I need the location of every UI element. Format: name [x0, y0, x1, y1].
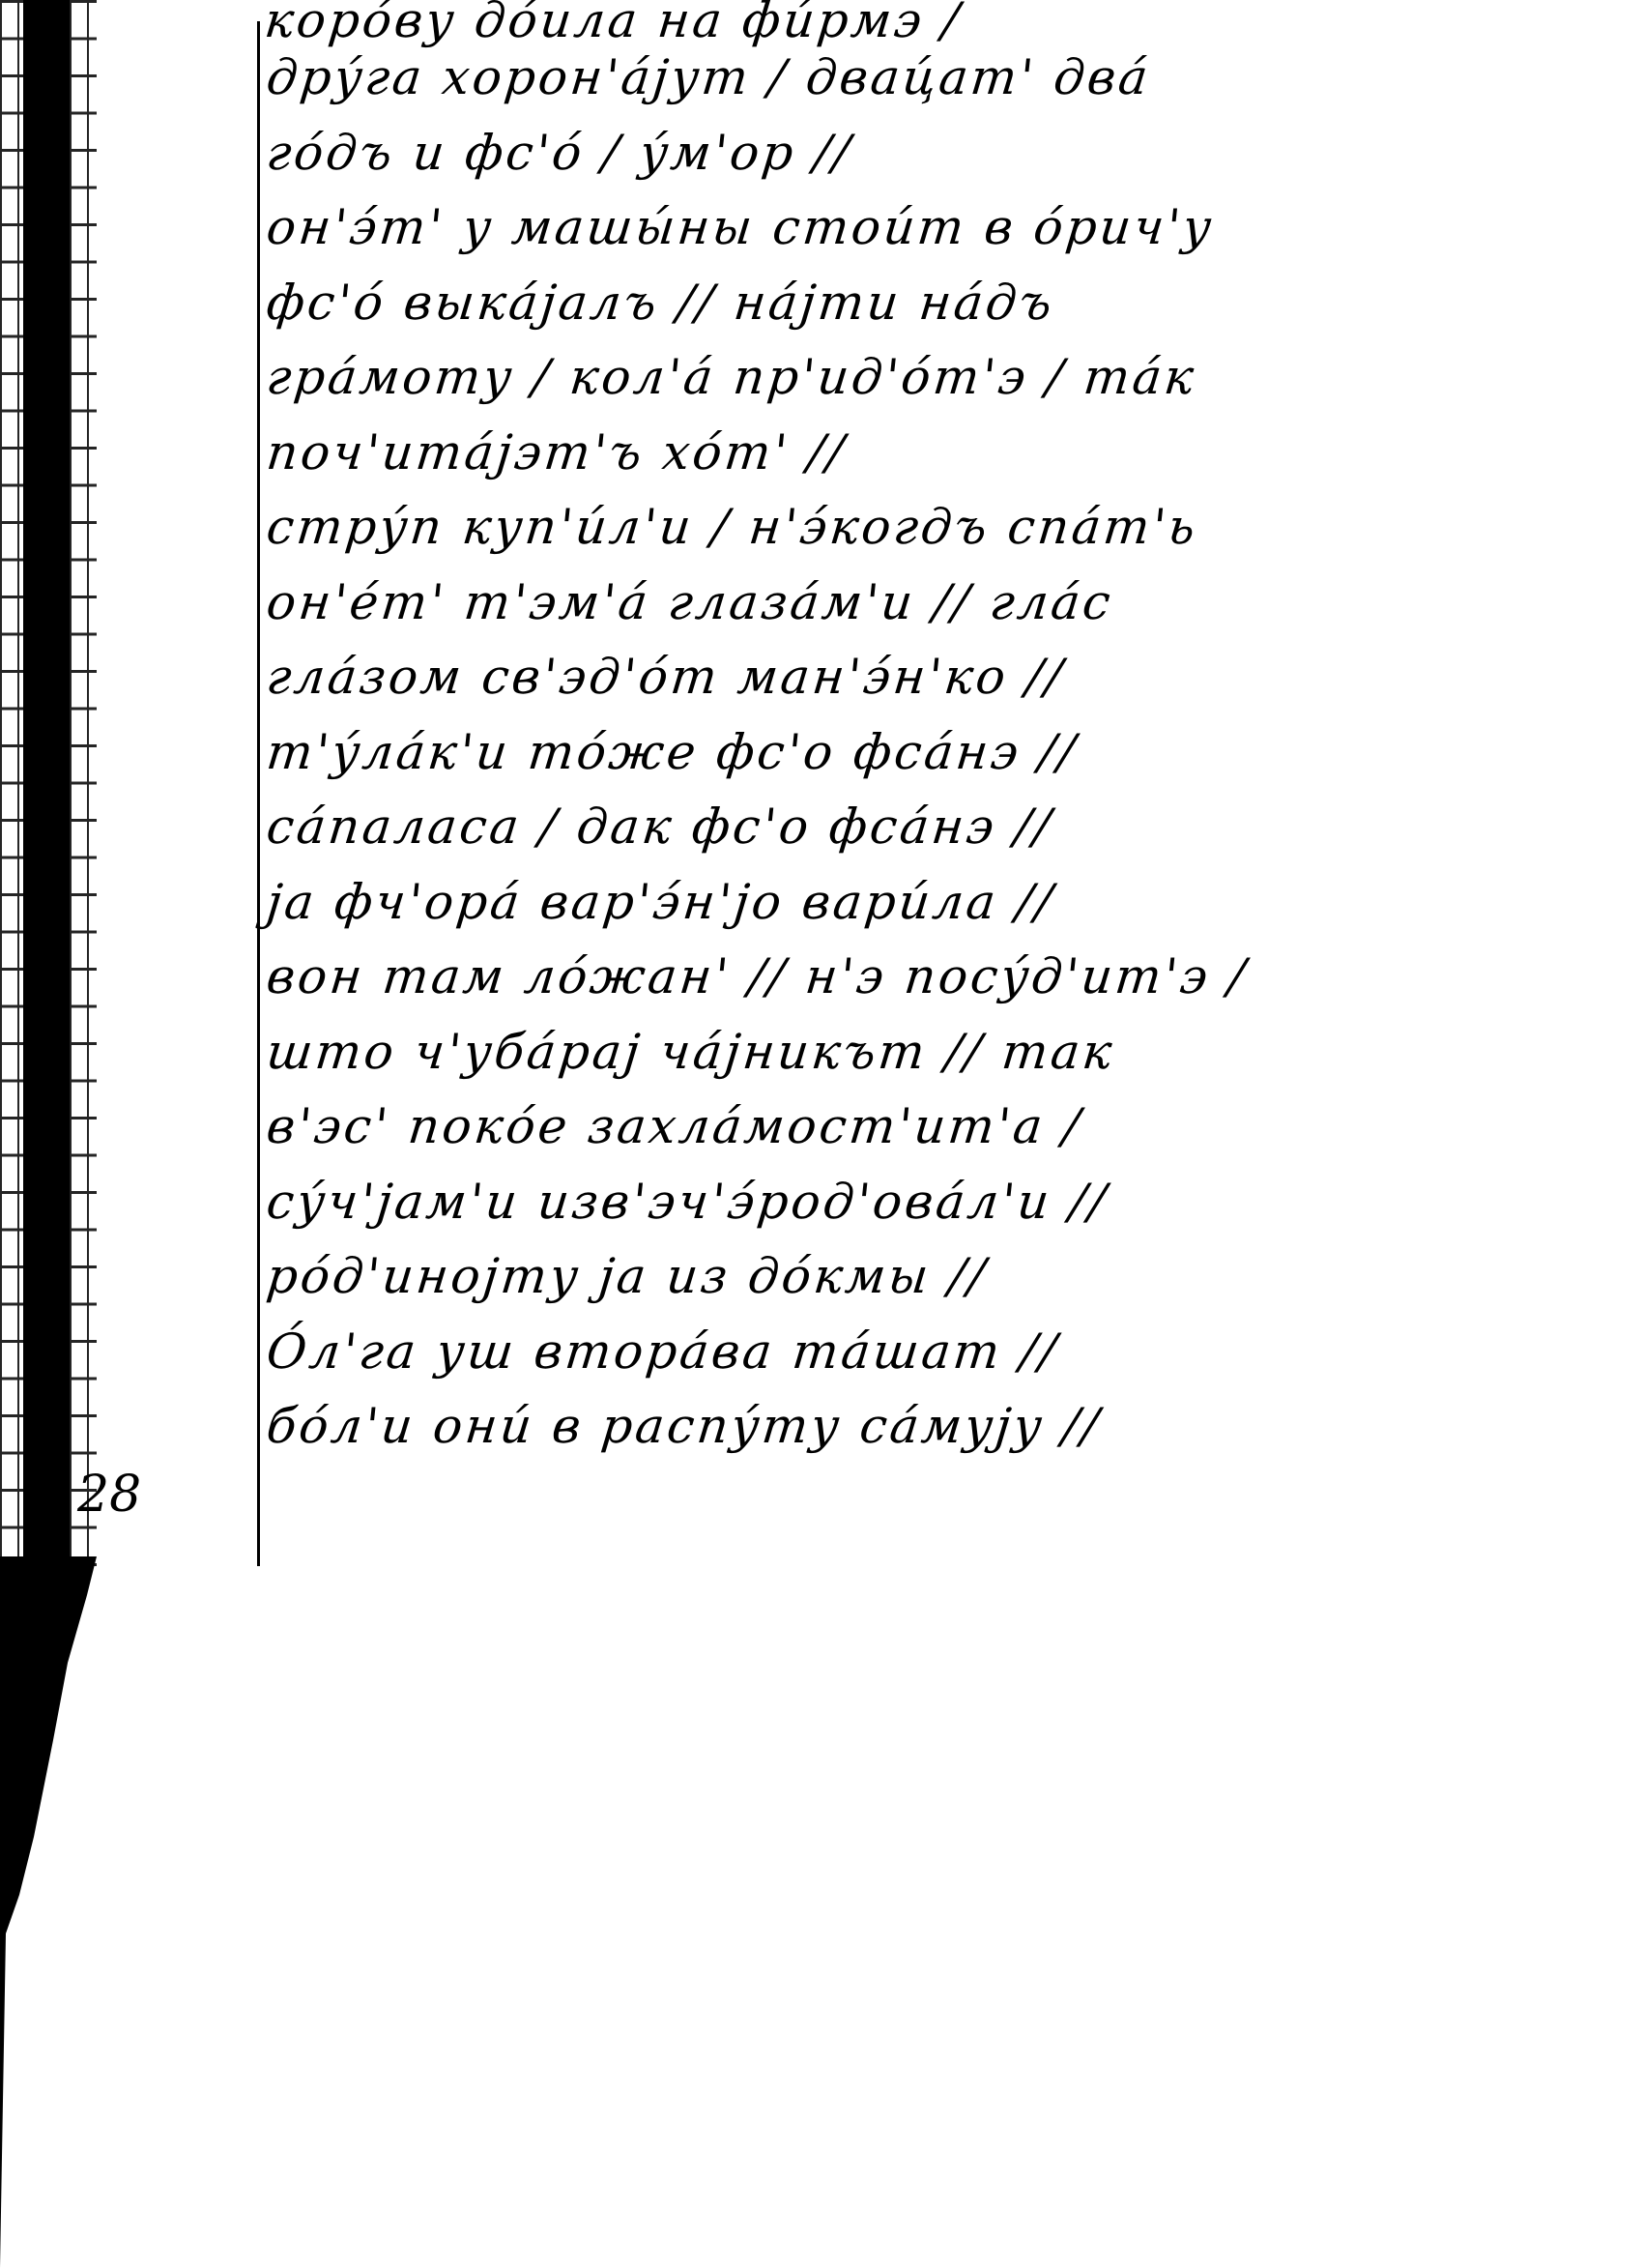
text-line: т'у́ла́к'и то́же фс'о фса́нэ //	[263, 715, 1382, 791]
notebook-spine-shadow	[23, 0, 70, 1566]
text-line: ја фч'ора́ вар'э́н'јо вари́ла //	[263, 865, 1382, 941]
text-line: он'э́т' у машы́ны стои́т в о́рич'у	[263, 190, 1382, 266]
margin-line	[257, 21, 260, 1566]
text-line: коро́ву до́ила на фи́рмэ /	[263, 0, 1378, 41]
text-line: дру́га хорон'а́јут / двац́ат' два́	[263, 41, 1382, 116]
binding-shadow-shape	[0, 0, 135, 2268]
text-line: бо́л'и они́ в распу́ту са́муjу //	[263, 1389, 1382, 1465]
text-line: фс'о́ выка́јалъ // на́јти на́дъ	[263, 266, 1382, 341]
text-line: гла́зом св'эд'о́т ман'э́н'ко //	[263, 640, 1382, 715]
page-number: 28	[77, 1469, 141, 1520]
notebook-grid-strip	[0, 0, 97, 1566]
text-line: су́ч'јам'и изв'эч'э́род'ова́л'и //	[263, 1165, 1382, 1240]
text-line: го́дъ и фс'о́ / у́м'ор //	[263, 116, 1382, 191]
text-line: што ч'уба́раj ча́јникът // так	[263, 1015, 1382, 1090]
text-line: поч'ита́јэт'ъ хо́т' //	[263, 416, 1382, 491]
text-line: он'е́т' т'эм'а́ глаза́м'и // гла́с	[263, 566, 1382, 641]
text-line: О́л'га уш втора́ва та́шат //	[263, 1315, 1382, 1390]
text-line: са́паласа / дак фс'о фса́нэ //	[263, 790, 1382, 865]
text-line: в'эс' поко́е захла́мост'ит'а /	[263, 1090, 1382, 1165]
handwritten-text-block: коро́ву до́ила на фи́рмэ / дру́га хорон'…	[263, 0, 1374, 1465]
text-line: гра́моту / кол'а́ пр'ид'о́т'э / та́к	[263, 340, 1382, 416]
text-line: ро́д'иноjту ја из до́кмы //	[263, 1239, 1382, 1315]
text-line: стру́п куп'и́л'и / н'э́когдъ спа́т'ь	[263, 490, 1382, 566]
text-line: вон там ло́жан' // н'э посу́д'ит'э /	[263, 940, 1382, 1015]
